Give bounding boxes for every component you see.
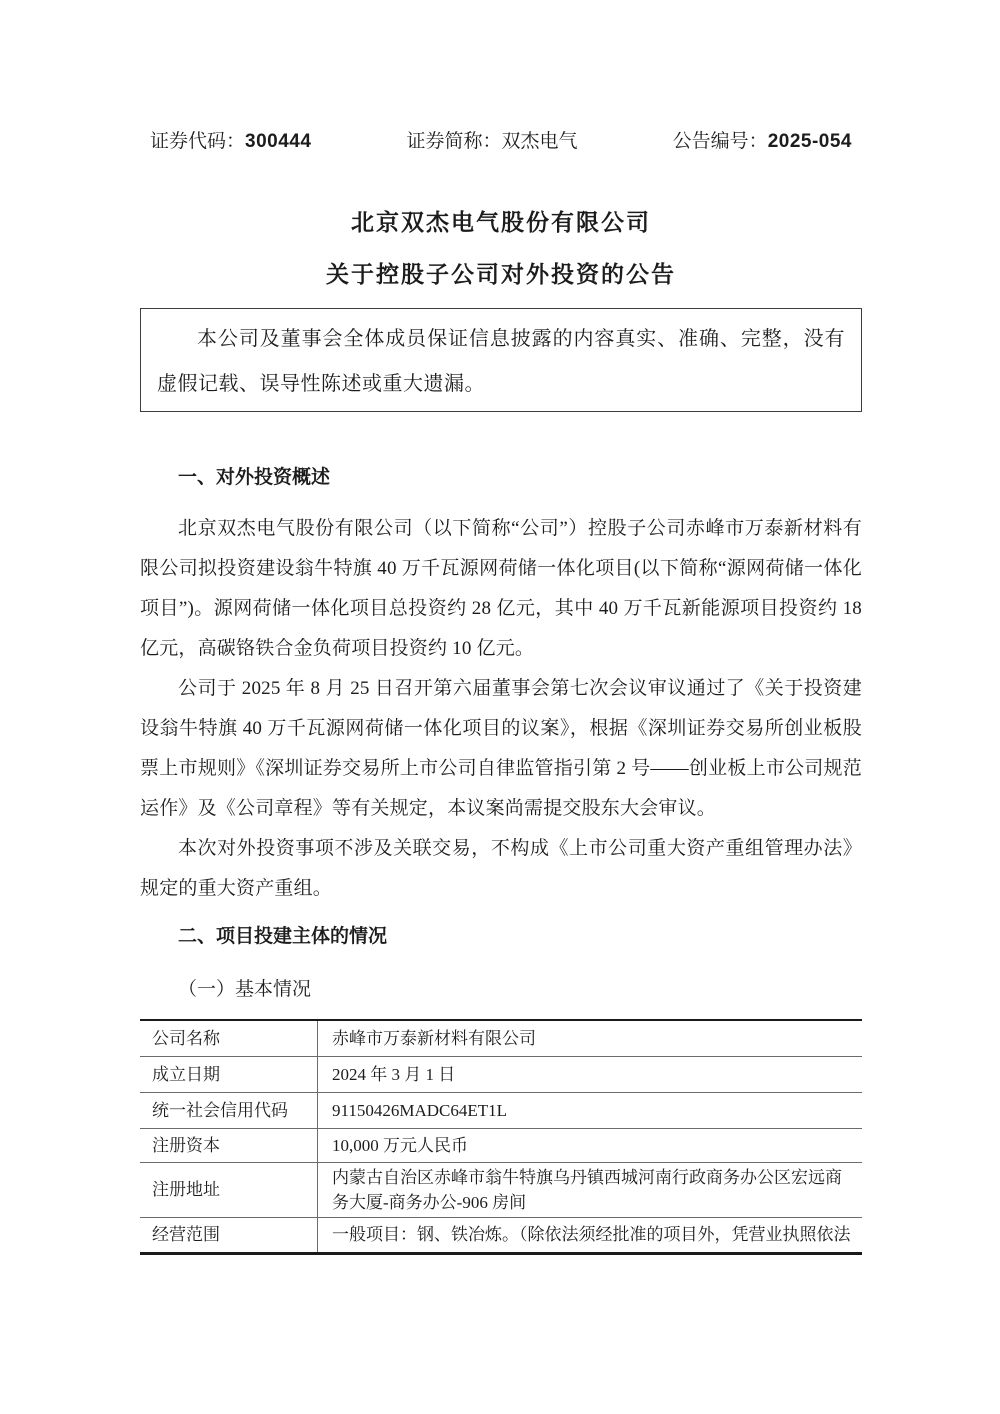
field-value: 2024 年 3 月 1 日 (318, 1056, 863, 1092)
table-row: 统一社会信用代码 91150426MADC64ET1L (140, 1092, 862, 1128)
stock-code-value: 300444 (245, 131, 311, 152)
field-label: 成立日期 (140, 1056, 318, 1092)
table-row: 注册资本 10,000 万元人民币 (140, 1128, 862, 1162)
subsection-basic-info-heading: （一）基本情况 (140, 976, 862, 1003)
announcement-no-value: 2025-054 (768, 131, 852, 152)
document-header: 证券代码：300444 证券简称：双杰电气 公告编号：2025-054 (140, 131, 862, 153)
paragraph-related-transaction: 本次对外投资事项不涉及关联交易，不构成《上市公司重大资产重组管理办法》规定的重大… (140, 829, 862, 909)
stock-name-label: 证券简称： (407, 131, 502, 152)
document-page: 证券代码：300444 证券简称：双杰电气 公告编号：2025-054 北京双杰… (0, 0, 1000, 1414)
page-subtitle: 关于控股子公司对外投资的公告 (140, 261, 862, 289)
section-1-body: 北京双杰电气股份有限公司（以下简称“公司”）控股子公司赤峰市万泰新材料有限公司拟… (140, 509, 862, 909)
field-value: 一般项目：钢、铁冶炼。（除依法须经批准的项目外，凭营业执照依法 (318, 1217, 863, 1253)
announcement-no-label: 公告编号： (673, 131, 768, 152)
field-value: 10,000 万元人民币 (318, 1128, 863, 1162)
section-2-heading: 二、项目投建主体的情况 (140, 923, 862, 950)
table-row: 经营范围 一般项目：钢、铁冶炼。（除依法须经批准的项目外，凭营业执照依法 (140, 1217, 862, 1253)
field-value: 内蒙古自治区赤峰市翁牛特旗乌丹镇西城河南行政商务办公区宏远商务大厦-商务办公-9… (318, 1162, 863, 1217)
company-info-table: 公司名称 赤峰市万泰新材料有限公司 成立日期 2024 年 3 月 1 日 统一… (140, 1019, 862, 1255)
table-row: 公司名称 赤峰市万泰新材料有限公司 (140, 1020, 862, 1056)
stock-code-label: 证券代码： (150, 131, 245, 152)
table-row: 注册地址 内蒙古自治区赤峰市翁牛特旗乌丹镇西城河南行政商务办公区宏远商务大厦-商… (140, 1162, 862, 1217)
section-1-heading: 一、对外投资概述 (140, 464, 862, 491)
field-label: 统一社会信用代码 (140, 1092, 318, 1128)
field-label: 注册地址 (140, 1162, 318, 1217)
disclaimer-box: 本公司及董事会全体成员保证信息披露的内容真实、准确、完整，没有虚假记载、误导性陈… (140, 308, 862, 412)
page-title: 北京双杰电气股份有限公司 (140, 209, 862, 237)
field-value: 91150426MADC64ET1L (318, 1092, 863, 1128)
stock-name-field: 证券简称：双杰电气 (407, 131, 578, 153)
field-label: 公司名称 (140, 1020, 318, 1056)
announcement-no-field: 公告编号：2025-054 (673, 131, 852, 153)
field-value: 赤峰市万泰新材料有限公司 (318, 1020, 863, 1056)
disclaimer-text: 本公司及董事会全体成员保证信息披露的内容真实、准确、完整，没有虚假记载、误导性陈… (157, 317, 845, 407)
field-label: 注册资本 (140, 1128, 318, 1162)
field-label: 经营范围 (140, 1217, 318, 1253)
paragraph-board-meeting: 公司于 2025 年 8 月 25 日召开第六届董事会第七次会议审议通过了《关于… (140, 669, 862, 829)
stock-name-value: 双杰电气 (502, 131, 578, 152)
paragraph-investment-overview: 北京双杰电气股份有限公司（以下简称“公司”）控股子公司赤峰市万泰新材料有限公司拟… (140, 509, 862, 669)
document-content: 证券代码：300444 证券简称：双杰电气 公告编号：2025-054 北京双杰… (140, 0, 862, 1255)
table-row: 成立日期 2024 年 3 月 1 日 (140, 1056, 862, 1092)
stock-code-field: 证券代码：300444 (150, 131, 311, 153)
